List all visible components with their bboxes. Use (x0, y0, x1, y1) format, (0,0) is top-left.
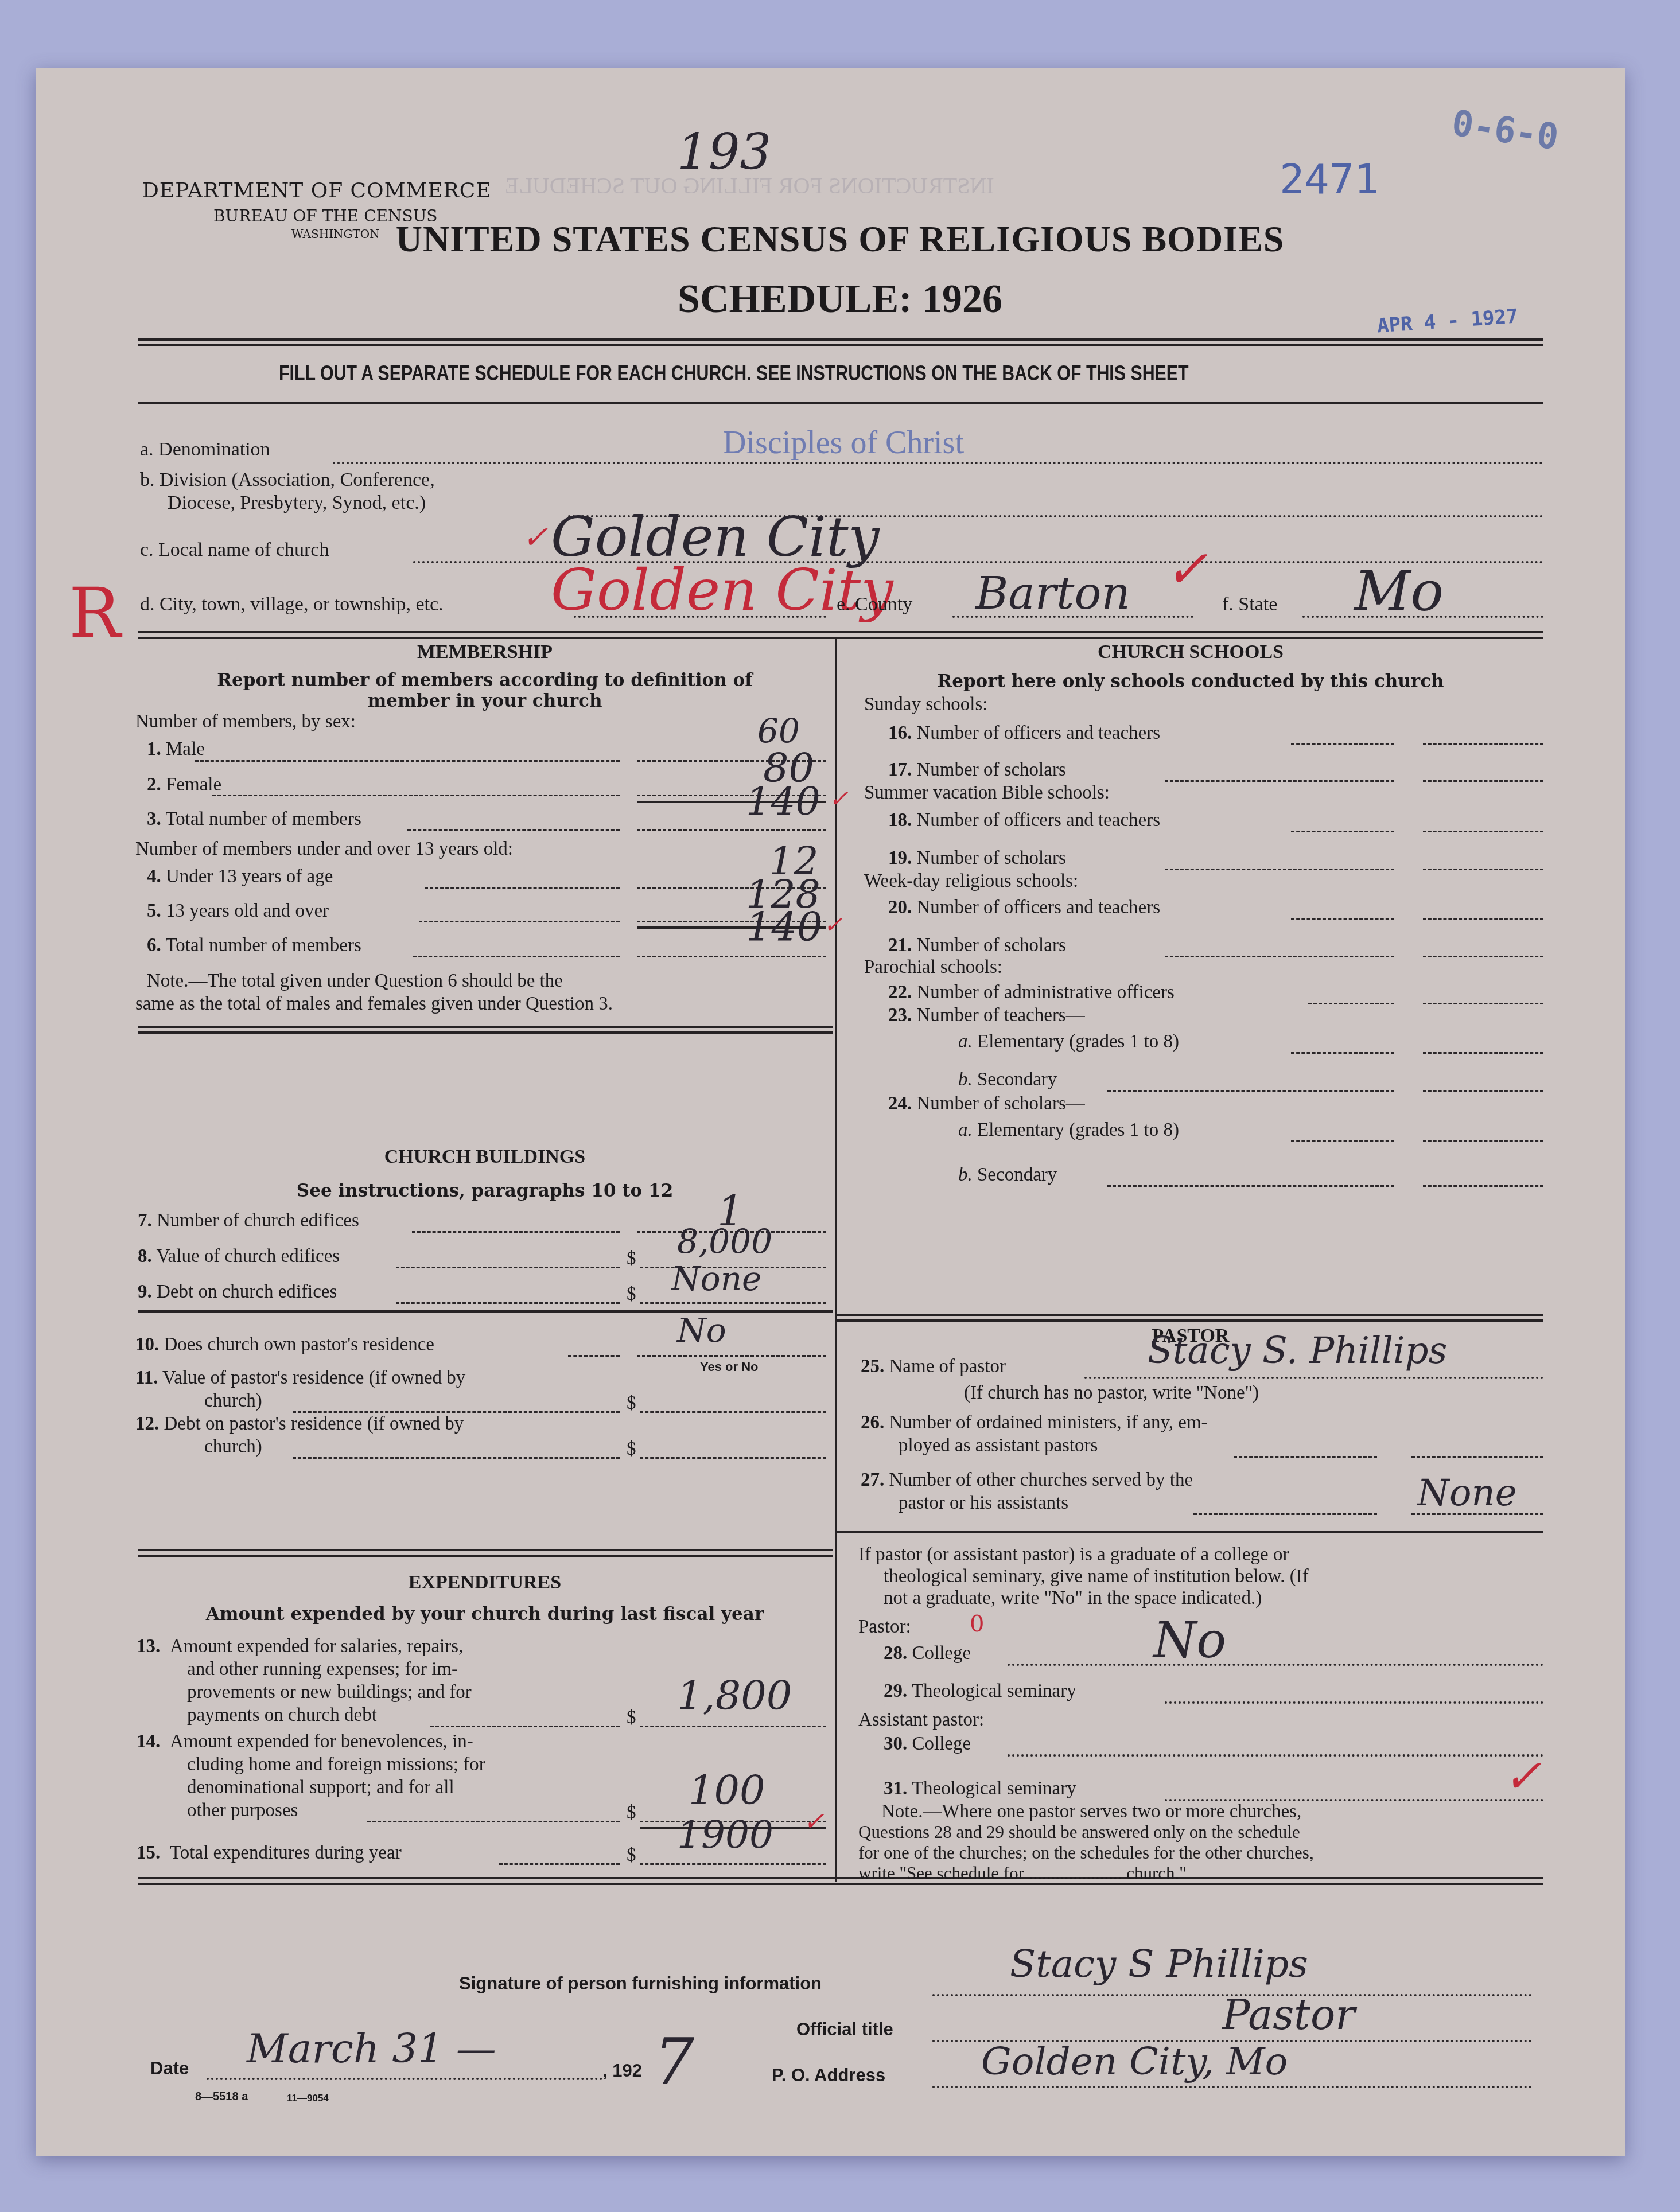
sunday-officers-field[interactable] (1423, 743, 1543, 745)
membership-note: Note.—The total given under Question 6 s… (147, 969, 563, 992)
pastor-note: Note.—Where one pastor serves two or mor… (881, 1801, 1301, 1822)
divider (138, 1310, 833, 1313)
assistant-subsection-label: Assistant pastor: (858, 1709, 984, 1731)
school-row-24: 24. Number of scholars— (888, 1093, 1085, 1115)
summer-scholars-field[interactable] (1423, 869, 1543, 870)
scholars-elementary-field[interactable] (1423, 1140, 1543, 1142)
edifices-debt-field[interactable] (640, 1302, 826, 1304)
divider (138, 1026, 833, 1034)
print-code: 11—9054 (287, 2093, 329, 2104)
stamp-number: 2471 (1280, 155, 1379, 203)
membership-note-cont: same as the total of males and females g… (135, 992, 613, 1015)
owns-residence-field[interactable] (637, 1355, 826, 1357)
division-label-cont: Diocese, Presbytery, Synod, etc.) (168, 492, 426, 514)
edifices-debt-value: None (671, 1259, 761, 1298)
divider (138, 1877, 1543, 1885)
year-prefix: , 192 (602, 2061, 642, 2081)
graduate-note-cont: theological seminary, give name of insti… (884, 1566, 1309, 1587)
date-label: Date (150, 2058, 189, 2079)
membership-heading: MEMBERSHIP (138, 641, 832, 663)
pastor-college-value: No (1153, 1612, 1226, 1669)
column-divider (835, 637, 837, 1882)
total-expenditures-field[interactable] (640, 1863, 826, 1865)
county-value: Barton (975, 568, 1130, 620)
schools-heading: CHURCH SCHOOLS (838, 641, 1543, 663)
divider (138, 1549, 833, 1557)
schedule-year: SCHEDULE: 1926 (0, 276, 1680, 322)
teachers-secondary-field[interactable] (1423, 1090, 1543, 1092)
total-members-age-value: 140 (746, 904, 823, 951)
signature-value: Stacy S Phillips (1010, 1942, 1308, 1986)
pastor-note-cont: for one of the churches; on the schedule… (858, 1843, 1314, 1863)
assistant-college-field[interactable] (1008, 1754, 1543, 1757)
benevolences-value: 100 (689, 1767, 765, 1814)
by-age-label: Number of members under and over 13 year… (135, 839, 513, 860)
teachers-elementary-field[interactable] (1423, 1052, 1543, 1054)
yes-or-no-hint: Yes or No (700, 1360, 758, 1374)
owns-residence-value: No (677, 1311, 726, 1350)
running-expenses-value: 1,800 (677, 1672, 792, 1719)
check-mark-icon: ✓ (1503, 1750, 1542, 1803)
check-mark-icon: ✓ (1165, 539, 1208, 599)
address-field[interactable] (932, 2086, 1532, 2088)
pastor-seminary-field[interactable] (1165, 1701, 1543, 1704)
weekday-officers-field[interactable] (1423, 918, 1543, 920)
pastor-name-value: Stacy S. Phillips (1148, 1330, 1447, 1372)
address-value: Golden City, Mo (981, 2039, 1288, 2084)
graduate-note: If pastor (or assistant pastor) is a gra… (858, 1544, 1289, 1565)
weekday-schools-label: Week-day religious schools: (864, 871, 1078, 892)
check-mark-icon: ✓ (823, 912, 843, 938)
buildings-heading: CHURCH BUILDINGS (138, 1146, 832, 1168)
expenditures-subheading: Amount expended by your church during la… (138, 1604, 832, 1625)
denomination-value: Disciples of Christ (723, 425, 964, 461)
form-code: 8—5518 a (195, 2090, 248, 2104)
other-churches-value: None (1417, 1472, 1517, 1514)
total-expenditures-value: 1900 (677, 1813, 773, 1857)
handwritten-number: 193 (677, 123, 771, 181)
local-name-label: c. Local name of church (140, 539, 329, 561)
department-name: DEPARTMENT OF COMMERCE (142, 179, 492, 202)
edifices-value-value: 8,000 (677, 1222, 772, 1261)
summer-schools-label: Summer vacation Bible schools: (864, 782, 1110, 804)
schools-subheading: Report here only schools conducted by th… (838, 671, 1543, 692)
divider (138, 631, 1543, 639)
check-mark-icon: ✓ (803, 1807, 825, 1836)
pastor-note-cont: Questions 28 and 29 should be answered o… (858, 1822, 1300, 1843)
divider (138, 402, 1543, 404)
residence-value-field[interactable] (640, 1411, 826, 1413)
signature-label: Signature of person furnishing informati… (459, 1973, 822, 1994)
total-members-value: 140 (746, 779, 820, 824)
divider (138, 338, 1543, 346)
form-title: UNITED STATES CENSUS OF RELIGIOUS BODIES (0, 218, 1680, 260)
scholars-secondary-field[interactable] (1423, 1185, 1543, 1187)
expenditures-heading: EXPENDITURES (138, 1572, 832, 1594)
instructions-banner: FILL OUT A SEPARATE SCHEDULE FOR EACH CH… (279, 361, 1189, 385)
date-field[interactable] (207, 2078, 602, 2080)
official-title-value: Pastor (1222, 1991, 1355, 2039)
state-value: Mo (1354, 559, 1444, 624)
total-members-field[interactable] (637, 829, 826, 831)
running-expenses-field[interactable] (640, 1726, 826, 1727)
parochial-schools-label: Parochial schools: (864, 957, 1002, 978)
red-circle-mark: 0 (970, 1611, 984, 1637)
denomination-label: a. Denomination (140, 439, 270, 461)
divider (837, 1314, 1543, 1322)
check-mark-icon: ✓ (522, 519, 548, 555)
assistant-ministers-field[interactable] (1411, 1456, 1543, 1458)
address-label: P. O. Address (772, 2065, 885, 2086)
pastor-college-field[interactable] (1008, 1664, 1543, 1666)
denomination-field[interactable] (333, 462, 1543, 464)
divider (837, 1531, 1543, 1533)
residence-debt-field[interactable] (640, 1457, 826, 1459)
sunday-scholars-field[interactable] (1423, 780, 1543, 782)
sunday-schools-label: Sunday schools: (864, 694, 987, 715)
division-label: b. Division (Association, Conference, (140, 469, 435, 491)
pastor-name-field[interactable] (1084, 1377, 1543, 1379)
margin-mark: R (69, 574, 120, 653)
by-sex-label: Number of members, by sex: (135, 711, 356, 733)
year-suffix-value: 7 (654, 2025, 694, 2098)
date-value: March 31 — (247, 2025, 496, 2072)
pastor-none-hint: (If church has no pastor, write "None") (964, 1382, 1259, 1404)
membership-subheading: Report number of members according to de… (138, 670, 832, 691)
check-mark-icon: ✓ (829, 786, 849, 812)
county-label: e. County (837, 594, 912, 616)
state-label: f. State (1222, 594, 1277, 616)
school-row-23: 23. Number of teachers— (888, 1005, 1085, 1026)
membership-subheading-cont: member in your church (138, 691, 832, 711)
summer-officers-field[interactable] (1423, 831, 1543, 832)
official-title-label: Official title (796, 2019, 893, 2040)
weekday-scholars-field[interactable] (1423, 956, 1543, 957)
pastor-subsection-label: Pastor: (858, 1617, 911, 1638)
graduate-note-cont: not a graduate, write "No" in the space … (884, 1588, 1262, 1609)
total-members-age-field[interactable] (637, 956, 826, 957)
admin-officers-field[interactable] (1423, 1003, 1543, 1004)
pastor-note-cont: write "See schedule for ................… (858, 1863, 1187, 1884)
city-label: d. City, town, village, or township, etc… (140, 594, 444, 616)
